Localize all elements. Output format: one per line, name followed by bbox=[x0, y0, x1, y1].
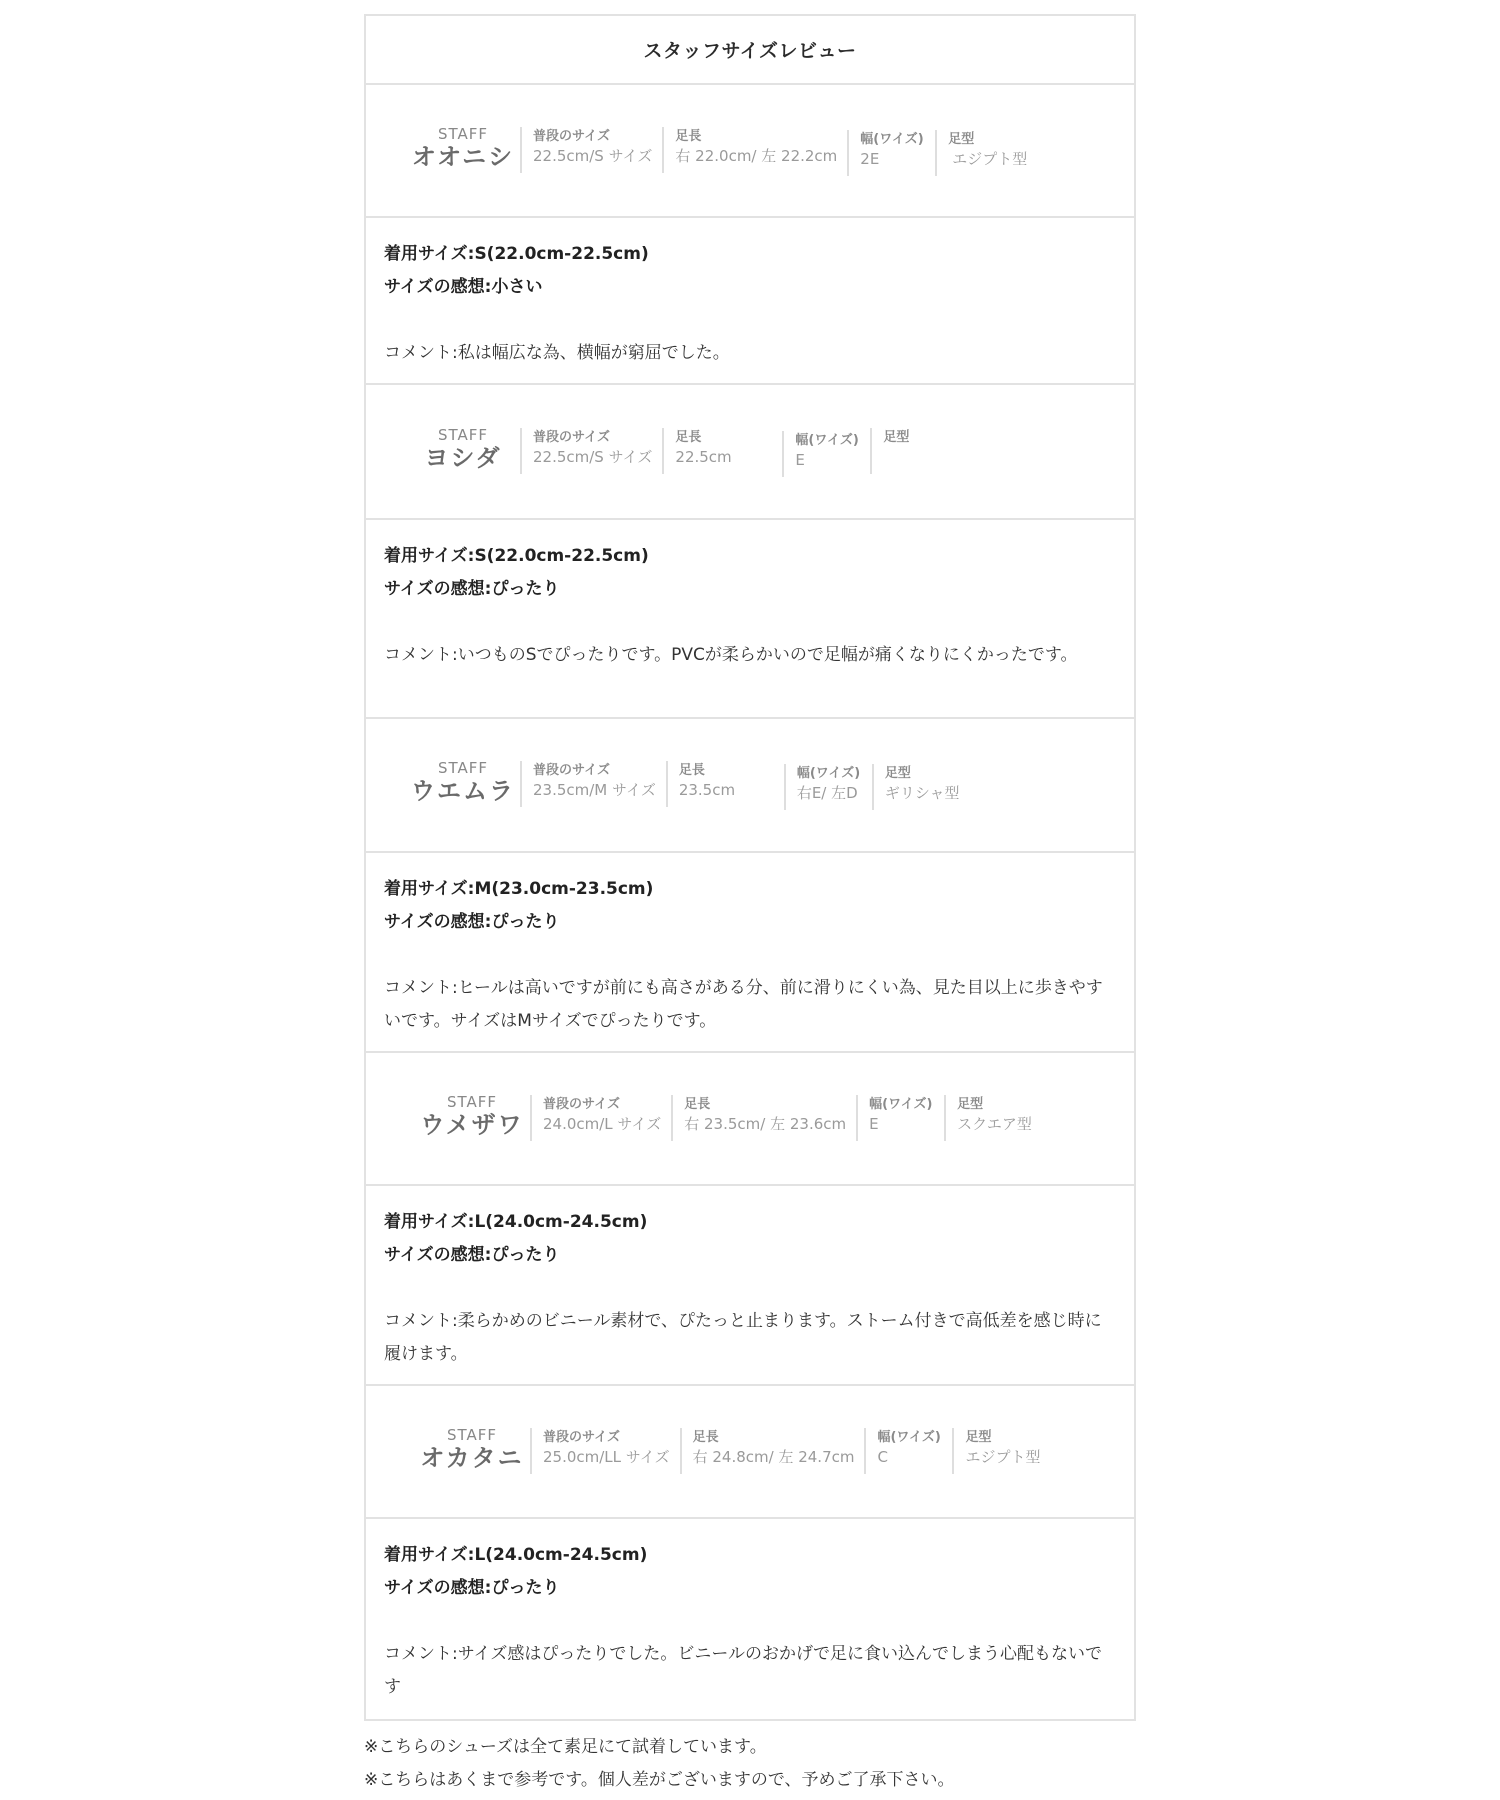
staff-id: STAFF オオニシ bbox=[406, 126, 520, 172]
width-value: 右E/ 左D bbox=[797, 782, 862, 804]
foot-length-value: 右 24.8cm/ 左 24.7cm bbox=[693, 1446, 855, 1468]
usual-size-value: 25.0cm/LL サイズ bbox=[543, 1446, 670, 1468]
review-comment-row: 着用サイズ:L(24.0cm-24.5cm) サイズの感想:ぴったり コメント:… bbox=[366, 1519, 1134, 1719]
foot-length-value: 23.5cm bbox=[679, 779, 774, 801]
foot-length-label: 足長 bbox=[679, 763, 774, 779]
foot-length-value: 22.5cm bbox=[675, 446, 772, 468]
foot-length-label: 足長 bbox=[684, 1097, 846, 1113]
width-value: C bbox=[877, 1446, 942, 1468]
usual-size-value: 24.0cm/L サイズ bbox=[543, 1113, 661, 1135]
usual-size-value: 23.5cm/M サイズ bbox=[533, 779, 656, 801]
foot-length-column: 足長 右 23.5cm/ 左 23.6cm bbox=[671, 1095, 856, 1141]
review-comment-row: 着用サイズ:S(22.0cm-22.5cm) サイズの感想:ぴったり コメント:… bbox=[366, 520, 1134, 719]
foot-shape-value: ギリシャ型 bbox=[885, 782, 960, 804]
size-impression: サイズの感想:ぴったり bbox=[384, 573, 1116, 606]
staff-label: STAFF bbox=[438, 427, 488, 443]
footnotes: ※こちらのシューズは全て素足にて試着しています。 ※こちらはあくまで参考です。個… bbox=[364, 1731, 1136, 1797]
usual-size-column: 普段のサイズ 22.5cm/S サイズ bbox=[520, 127, 662, 173]
comment-text: コメント:柔らかめのビニール素材で、ぴたっと止まります。ストーム付きで高低差を感… bbox=[384, 1305, 1116, 1371]
foot-shape-value: スクエア型 bbox=[957, 1113, 1032, 1135]
width-column: 幅(ワイズ) E bbox=[856, 1095, 944, 1141]
foot-length-label: 足長 bbox=[675, 430, 772, 446]
comment-text: コメント:私は幅広な為、横幅が窮屈でした。 bbox=[384, 337, 1116, 370]
width-label: 幅(ワイズ) bbox=[869, 1097, 934, 1113]
foot-shape-column: 足型 エジプト型 bbox=[952, 1428, 1050, 1474]
width-column: 幅(ワイズ) 右E/ 左D bbox=[784, 764, 872, 810]
footnote: ※こちらのシューズは全て素足にて試着しています。 bbox=[364, 1731, 1136, 1764]
usual-size-label: 普段のサイズ bbox=[543, 1097, 661, 1113]
foot-length-column: 足長 23.5cm bbox=[666, 761, 784, 807]
width-value: 2E bbox=[860, 148, 925, 170]
review-comment-row: 着用サイズ:L(24.0cm-24.5cm) サイズの感想:ぴったり コメント:… bbox=[366, 1186, 1134, 1386]
comment-text: コメント:いつものSでぴったりです。PVCが柔らかいので足幅が痛くなりにくかった… bbox=[384, 639, 1116, 672]
usual-size-label: 普段のサイズ bbox=[533, 763, 656, 779]
worn-size: 着用サイズ:L(24.0cm-24.5cm) bbox=[384, 1206, 1116, 1239]
staff-label: STAFF bbox=[438, 760, 488, 776]
foot-length-column: 足長 右 24.8cm/ 左 24.7cm bbox=[680, 1428, 865, 1474]
usual-size-label: 普段のサイズ bbox=[533, 430, 652, 446]
foot-shape-label: 足型 bbox=[965, 1430, 1040, 1446]
usual-size-value: 22.5cm/S サイズ bbox=[533, 446, 652, 468]
worn-size: 着用サイズ:S(22.0cm-22.5cm) bbox=[384, 540, 1116, 573]
foot-length-column: 足長 22.5cm bbox=[662, 428, 782, 474]
size-impression: サイズの感想:ぴったり bbox=[384, 1572, 1116, 1605]
usual-size-label: 普段のサイズ bbox=[543, 1430, 670, 1446]
width-label: 幅(ワイズ) bbox=[795, 433, 860, 449]
foot-length-label: 足長 bbox=[675, 129, 837, 145]
staff-name: オオニシ bbox=[412, 142, 514, 172]
foot-shape-label: 足型 bbox=[883, 430, 909, 446]
staff-id: STAFF ウメザワ bbox=[414, 1094, 530, 1140]
foot-length-column: 足長 右 22.0cm/ 左 22.2cm bbox=[662, 127, 847, 173]
foot-shape-value: エジプト型 bbox=[965, 1446, 1040, 1468]
usual-size-label: 普段のサイズ bbox=[533, 129, 652, 145]
staff-info-row: STAFF ウメザワ 普段のサイズ 24.0cm/L サイズ 足長 右 23.5… bbox=[366, 1053, 1134, 1186]
page-title: スタッフサイズレビュー bbox=[644, 36, 857, 63]
staff-info-row: STAFF オオニシ 普段のサイズ 22.5cm/S サイズ 足長 右 22.0… bbox=[366, 85, 1134, 218]
worn-size: 着用サイズ:S(22.0cm-22.5cm) bbox=[384, 238, 1116, 271]
usual-size-value: 22.5cm/S サイズ bbox=[533, 145, 652, 167]
staff-size-review-section: スタッフサイズレビュー STAFF オオニシ 普段のサイズ 22.5cm/S サ… bbox=[364, 14, 1136, 1797]
staff-id: STAFF ヨシダ bbox=[406, 427, 520, 473]
staff-name: ウエムラ bbox=[411, 776, 515, 806]
usual-size-column: 普段のサイズ 23.5cm/M サイズ bbox=[520, 761, 666, 807]
review-table: スタッフサイズレビュー STAFF オオニシ 普段のサイズ 22.5cm/S サ… bbox=[364, 14, 1136, 1721]
comment-text: コメント:ヒールは高いですが前にも高さがある分、前に滑りにくい為、見た目以上に歩… bbox=[384, 972, 1116, 1038]
size-impression: サイズの感想:ぴったり bbox=[384, 1239, 1116, 1272]
foot-shape-label: 足型 bbox=[885, 766, 960, 782]
staff-info-row: STAFF ヨシダ 普段のサイズ 22.5cm/S サイズ 足長 22.5cm … bbox=[366, 385, 1134, 520]
foot-shape-label: 足型 bbox=[957, 1097, 1032, 1113]
staff-name: ウメザワ bbox=[420, 1110, 523, 1140]
worn-size: 着用サイズ:L(24.0cm-24.5cm) bbox=[384, 1539, 1116, 1572]
staff-label: STAFF bbox=[438, 126, 488, 142]
title-row: スタッフサイズレビュー bbox=[366, 16, 1134, 85]
width-value: E bbox=[795, 449, 860, 471]
comment-text: コメント:サイズ感はぴったりでした。ビニールのおかげで足に食い込んでしまう心配も… bbox=[384, 1638, 1116, 1704]
staff-info-row: STAFF ウエムラ 普段のサイズ 23.5cm/M サイズ 足長 23.5cm… bbox=[366, 719, 1134, 853]
staff-name: ヨシダ bbox=[424, 443, 501, 473]
foot-shape-column: 足型 エジプト型 bbox=[935, 130, 1037, 176]
staff-id: STAFF ウエムラ bbox=[406, 760, 520, 806]
staff-id: STAFF オカタニ bbox=[414, 1427, 530, 1473]
foot-shape-label: 足型 bbox=[948, 132, 1027, 148]
width-column: 幅(ワイズ) C bbox=[864, 1428, 952, 1474]
review-comment-row: 着用サイズ:M(23.0cm-23.5cm) サイズの感想:ぴったり コメント:… bbox=[366, 853, 1134, 1053]
width-column: 幅(ワイズ) E bbox=[782, 431, 870, 477]
staff-label: STAFF bbox=[447, 1427, 497, 1443]
size-impression: サイズの感想:ぴったり bbox=[384, 906, 1116, 939]
size-impression: サイズの感想:小さい bbox=[384, 271, 1116, 304]
width-label: 幅(ワイズ) bbox=[797, 766, 862, 782]
width-value: E bbox=[869, 1113, 934, 1135]
foot-shape-value: エジプト型 bbox=[948, 148, 1027, 170]
worn-size: 着用サイズ:M(23.0cm-23.5cm) bbox=[384, 873, 1116, 906]
foot-shape-column: 足型 スクエア型 bbox=[944, 1095, 1042, 1141]
width-label: 幅(ワイズ) bbox=[877, 1430, 942, 1446]
foot-length-value: 右 22.0cm/ 左 22.2cm bbox=[675, 145, 837, 167]
foot-shape-column: 足型 ギリシャ型 bbox=[872, 764, 970, 810]
usual-size-column: 普段のサイズ 22.5cm/S サイズ bbox=[520, 428, 662, 474]
usual-size-column: 普段のサイズ 25.0cm/LL サイズ bbox=[530, 1428, 680, 1474]
foot-shape-column: 足型 bbox=[870, 428, 919, 474]
usual-size-column: 普段のサイズ 24.0cm/L サイズ bbox=[530, 1095, 671, 1141]
staff-info-row: STAFF オカタニ 普段のサイズ 25.0cm/LL サイズ 足長 右 24.… bbox=[366, 1386, 1134, 1519]
footnote: ※こちらはあくまで参考です。個人差がございますので、予めご了承下さい。 bbox=[364, 1764, 1136, 1797]
width-column: 幅(ワイズ) 2E bbox=[847, 130, 935, 176]
staff-name: オカタニ bbox=[420, 1443, 523, 1473]
staff-label: STAFF bbox=[447, 1094, 497, 1110]
width-label: 幅(ワイズ) bbox=[860, 132, 925, 148]
foot-length-label: 足長 bbox=[693, 1430, 855, 1446]
review-comment-row: 着用サイズ:S(22.0cm-22.5cm) サイズの感想:小さい コメント:私… bbox=[366, 218, 1134, 385]
foot-length-value: 右 23.5cm/ 左 23.6cm bbox=[684, 1113, 846, 1135]
